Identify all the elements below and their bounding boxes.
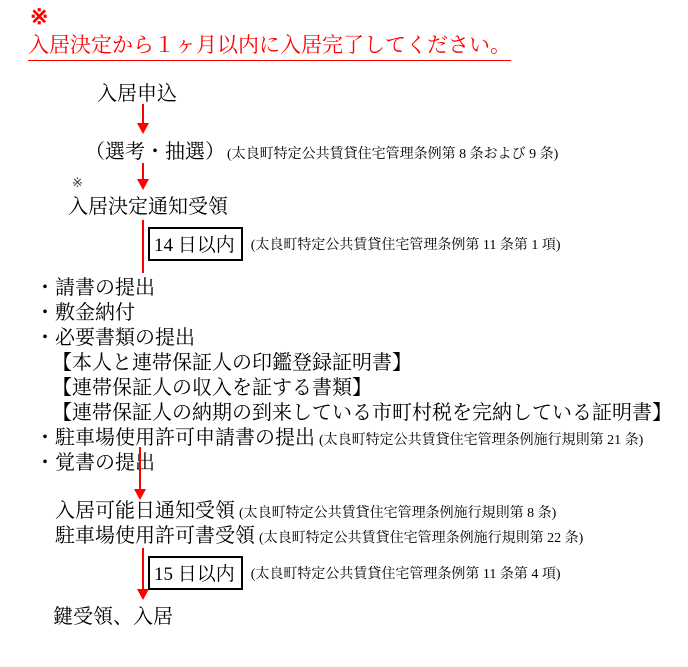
requirement-item: ・請書の提出 xyxy=(35,277,676,302)
notice-text: 入居決定から１ヶ月以内に入居完了してください。 xyxy=(28,29,511,61)
down-arrow-icon xyxy=(137,104,149,134)
receipt-line: 駐車場使用許可書受領(太良町特定公共賃貸住宅管理条例施行規則第 22 条) xyxy=(55,525,583,550)
notice-asterisk: ※ xyxy=(30,4,48,30)
step-decision-notice: 入居決定通知受領 xyxy=(68,190,228,219)
deadline-ref: (太良町特定公共賃貸住宅管理条例第 11 条第 1 項) xyxy=(251,234,561,254)
receipt-line: 入居可能日通知受領(太良町特定公共賃貸住宅管理条例施行規則第 8 条) xyxy=(55,500,583,525)
requirement-item: ・敷金納付 xyxy=(35,302,676,327)
requirement-item: 【連帯保証人の収入を証する書類】 xyxy=(52,377,676,402)
step-selection-lottery: （選考・抽選） (太良町特定公共賃貸住宅管理条例第 8 条および 9 条) xyxy=(85,135,558,164)
step-selection-label: （選考・抽選） xyxy=(85,135,225,164)
requirement-item: ・必要書類の提出 xyxy=(35,327,676,352)
requirement-text: ・必要書類の提出 xyxy=(35,327,195,349)
requirement-item: 【連帯保証人の納期の到来している市町村税を完納している証明書】 xyxy=(52,402,676,427)
move-in-procedure-flowchart: ※ 入居決定から１ヶ月以内に入居完了してください。 入居申込 （選考・抽選） (… xyxy=(0,0,688,667)
step-receipt-notices: 入居可能日通知受領(太良町特定公共賃貸住宅管理条例施行規則第 8 条) 駐車場使… xyxy=(55,500,583,550)
requirements-list: ・請書の提出 ・敷金納付 ・必要書類の提出 【本人と連帯保証人の印鑑登録証明書】… xyxy=(35,277,676,477)
receipt-ref: (太良町特定公共賃貸住宅管理条例施行規則第 22 条) xyxy=(259,531,583,546)
deadline-15-days: 15 日以内 (太良町特定公共賃貸住宅管理条例第 11 条第 4 項) xyxy=(148,556,561,590)
requirement-text: 【本人と連帯保証人の印鑑登録証明書】 xyxy=(52,352,412,374)
step-application: 入居申込 xyxy=(97,77,177,106)
step-decision-asterisk: ※ xyxy=(72,175,83,191)
requirement-text: ・請書の提出 xyxy=(35,277,155,299)
receipt-label: 入居可能日通知受領 xyxy=(55,500,235,522)
step-selection-ref: (太良町特定公共賃貸住宅管理条例第 8 条および 9 条) xyxy=(227,143,558,163)
requirement-text: ・敷金納付 xyxy=(35,302,135,324)
down-arrow-icon xyxy=(134,447,146,500)
deadline-box: 14 日以内 xyxy=(148,227,243,261)
receipt-label: 駐車場使用許可書受領 xyxy=(55,525,255,547)
requirement-text: ・駐車場使用許可申請書の提出 xyxy=(35,427,315,449)
down-line xyxy=(142,220,144,273)
deadline-ref: (太良町特定公共賃貸住宅管理条例第 11 条第 4 項) xyxy=(251,563,561,583)
step-key-receipt-movein: 鍵受領、入居 xyxy=(53,600,173,629)
receipt-ref: (太良町特定公共賃貸住宅管理条例施行規則第 8 条) xyxy=(239,506,556,521)
requirement-ref: (太良町特定公共賃貸住宅管理条例施行規則第 21 条) xyxy=(319,433,643,448)
down-arrow-icon xyxy=(137,163,149,190)
requirement-item: ・覚書の提出 xyxy=(35,452,676,477)
requirement-item: 【本人と連帯保証人の印鑑登録証明書】 xyxy=(52,352,676,377)
requirement-text: 【連帯保証人の収入を証する書類】 xyxy=(52,377,372,399)
deadline-14-days: 14 日以内 (太良町特定公共賃貸住宅管理条例第 11 条第 1 項) xyxy=(148,227,561,261)
requirement-text: 【連帯保証人の納期の到来している市町村税を完納している証明書】 xyxy=(52,402,672,424)
requirement-item: ・駐車場使用許可申請書の提出(太良町特定公共賃貸住宅管理条例施行規則第 21 条… xyxy=(35,427,676,452)
deadline-box: 15 日以内 xyxy=(148,556,243,590)
